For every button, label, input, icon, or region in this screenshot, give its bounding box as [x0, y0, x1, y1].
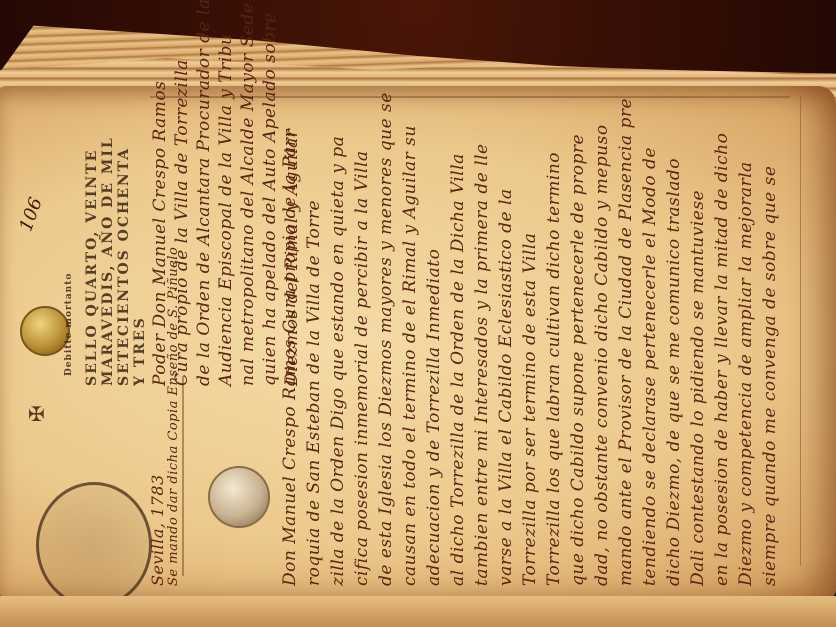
side-stamp: Debitte mortanto [64, 273, 74, 376]
manuscript-line: Torrezilla los que labran cultivan dicho… [544, 152, 564, 586]
manuscript-line: nal metropolitano del Alcalde Mayor Sede [238, 3, 258, 386]
manuscript-line: Audiencia Episcopal de la Villa y Tribu [216, 33, 236, 386]
manuscript-line: de esta Iglesia los Diezmos mayores y me… [376, 92, 396, 586]
gold-seal-icon [20, 306, 70, 356]
seal-header-line-4: Y TRES [132, 316, 148, 386]
manuscript-line: Don Manuel Crespo Ramos Cura propio de l… [280, 129, 300, 586]
manuscript-line: Cura propio de la Villa de Torrezilla [172, 59, 192, 386]
manuscript-line: Dali contestando lo pidiendo se mantuvie… [688, 190, 708, 586]
manuscript-line: de la Orden de Alcantara Procurador de l… [194, 0, 214, 386]
seal-header-line-1: SELLO QUARTO, VEINTE [84, 149, 100, 386]
right-margin-rule [800, 96, 801, 566]
round-ink-stamp [36, 482, 152, 608]
manuscript-line: varse a la Villa el Cabildo Eclesiastico… [496, 188, 516, 586]
manuscript-line: tendiendo se declarase pertenecerle el M… [640, 147, 660, 586]
seal-header-line-2: MARAVEDIS, AÑO DE MIL [100, 136, 116, 386]
manuscript-line: que dicho Cabildo supone pertenecerle de… [568, 134, 588, 586]
manuscript-line: cifica posesion inmemorial de percibir a… [352, 150, 372, 586]
lower-page-edge [0, 596, 836, 627]
manuscript-line: Torrezilla por ser termino de esta Villa [520, 233, 540, 586]
silver-seal-icon [208, 466, 270, 528]
folio-number: 106 [15, 195, 46, 234]
manuscript-line: zilla de la Orden Digo que estando en qu… [328, 136, 348, 586]
manuscript-page: 106 ✠ Debitte mortanto SELLO QUARTO, VEI… [0, 86, 836, 598]
manuscript-line: adecuacion y de Torrezilla Inmediato [424, 249, 444, 586]
manuscript-line: siempre quando me convenga de sobre que … [760, 166, 780, 586]
manuscript-line: roquia de San Esteban de la Villa de Tor… [304, 200, 324, 586]
manuscript-line: en la posesion de haber y llevar la mita… [712, 133, 732, 586]
manuscript-line: Diezmo y competencia de ampliar la mejor… [736, 161, 756, 586]
manuscript-line: al dicho Torrezilla de la Orden de la Di… [448, 153, 468, 586]
manuscript-line: dad, no obstante convenio dicho Cabildo … [592, 124, 612, 586]
manuscript-line: quien ha apelado del Auto Apelado sobre [260, 12, 280, 386]
manuscript-line: Poder Don Manuel Crespo Ramos [150, 81, 170, 386]
manuscript-line: causan en todo el termino de el Rimal y … [400, 125, 420, 586]
manuscript-line: dicho Diezmo, de que se me comunico tras… [664, 158, 684, 586]
margin-rule [182, 376, 184, 576]
cross-icon: ✠ [28, 402, 45, 426]
manuscript-line: mando ante el Provisor de la Ciudad de P… [616, 98, 636, 586]
seal-header-line-3: SETECIENTOS OCHENTA [116, 147, 132, 386]
date-margin: Sevilla, 1783 [148, 474, 167, 586]
manuscript-line: tambien entre mi Interesados y la primer… [472, 143, 492, 586]
